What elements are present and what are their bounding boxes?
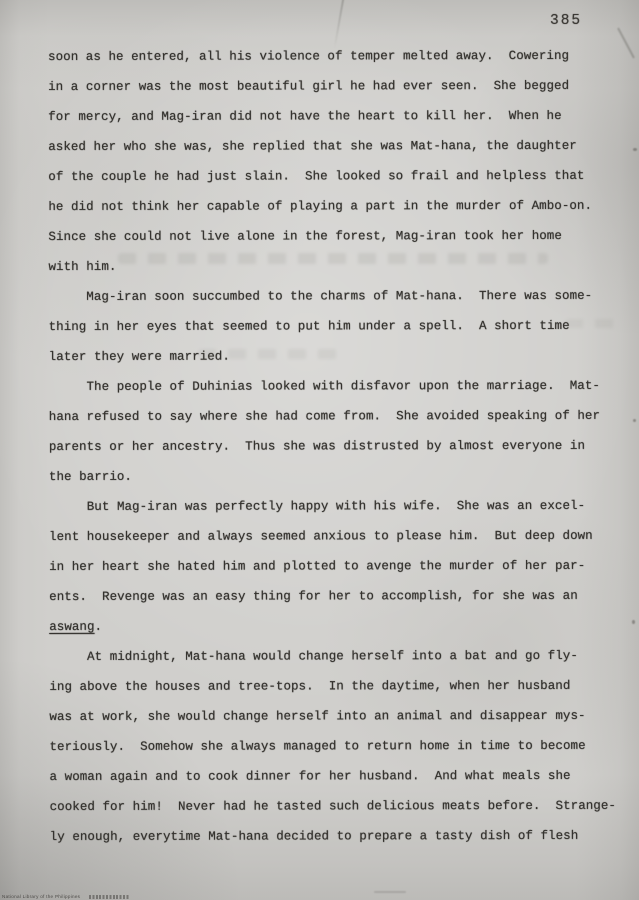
text-line: in her heart she hated him and plotted t… bbox=[49, 551, 615, 582]
page-number: 385 bbox=[550, 13, 582, 29]
text-line: cooked for him! Never had he tasted such… bbox=[50, 791, 616, 822]
microprint-fragment bbox=[89, 895, 129, 899]
scanned-page: 385 soon as he entered, all his violence… bbox=[0, 0, 639, 900]
text-line: hana refused to say where she had come f… bbox=[49, 401, 615, 432]
text-line: of the couple he had just slain. She loo… bbox=[48, 161, 614, 192]
typed-text: soon as he entered, all his violence of … bbox=[48, 41, 616, 852]
text-line: ing above the houses and tree-tops. In t… bbox=[49, 671, 615, 702]
text-line: a woman again and to cook dinner for her… bbox=[50, 761, 616, 792]
bleed-through-smudge bbox=[118, 253, 548, 264]
text-line: aswang. bbox=[49, 611, 615, 642]
bleed-through-smudge bbox=[565, 319, 623, 328]
text-line: soon as he entered, all his violence of … bbox=[48, 41, 614, 72]
library-stamp: National Library of the Philippines bbox=[2, 894, 129, 899]
text-line: But Mag-iran was perfectly happy with hi… bbox=[49, 491, 615, 522]
text-line: was at work, she would change herself in… bbox=[49, 701, 615, 732]
text-line: in a corner was the most beautiful girl … bbox=[48, 71, 614, 102]
text-line: Since she could not live alone in the fo… bbox=[48, 221, 614, 252]
text-line: teriously. Somehow she always managed to… bbox=[49, 731, 615, 762]
edge-speck bbox=[632, 620, 635, 624]
edge-speck bbox=[633, 419, 636, 422]
edge-speck bbox=[633, 148, 637, 151]
text-line: for mercy, and Mag-iran did not have the… bbox=[48, 101, 614, 132]
text-line: The people of Duhinias looked with disfa… bbox=[49, 371, 615, 402]
text-line: lent housekeeper and always seemed anxio… bbox=[49, 521, 615, 552]
edge-speck bbox=[374, 891, 406, 893]
text-line: At midnight, Mat-hana would change herse… bbox=[49, 641, 615, 672]
bleed-through-smudge bbox=[198, 349, 338, 359]
text-line: Mag-iran soon succumbed to the charms of… bbox=[49, 281, 615, 312]
text-line: ents. Revenge was an easy thing for her … bbox=[49, 581, 615, 612]
text-line: parents or her ancestry. Thus she was di… bbox=[49, 431, 615, 462]
corner-mark bbox=[617, 28, 635, 59]
text-line: asked her who she was, she replied that … bbox=[48, 131, 614, 162]
text-line: ly enough, everytime Mat-hana decided to… bbox=[50, 821, 616, 852]
text-line: the barrio. bbox=[49, 461, 615, 492]
library-stamp-text: National Library of the Philippines bbox=[2, 894, 80, 899]
text-line: thing in her eyes that seemed to put him… bbox=[49, 311, 615, 342]
text-line: he did not think her capable of playing … bbox=[48, 191, 614, 222]
